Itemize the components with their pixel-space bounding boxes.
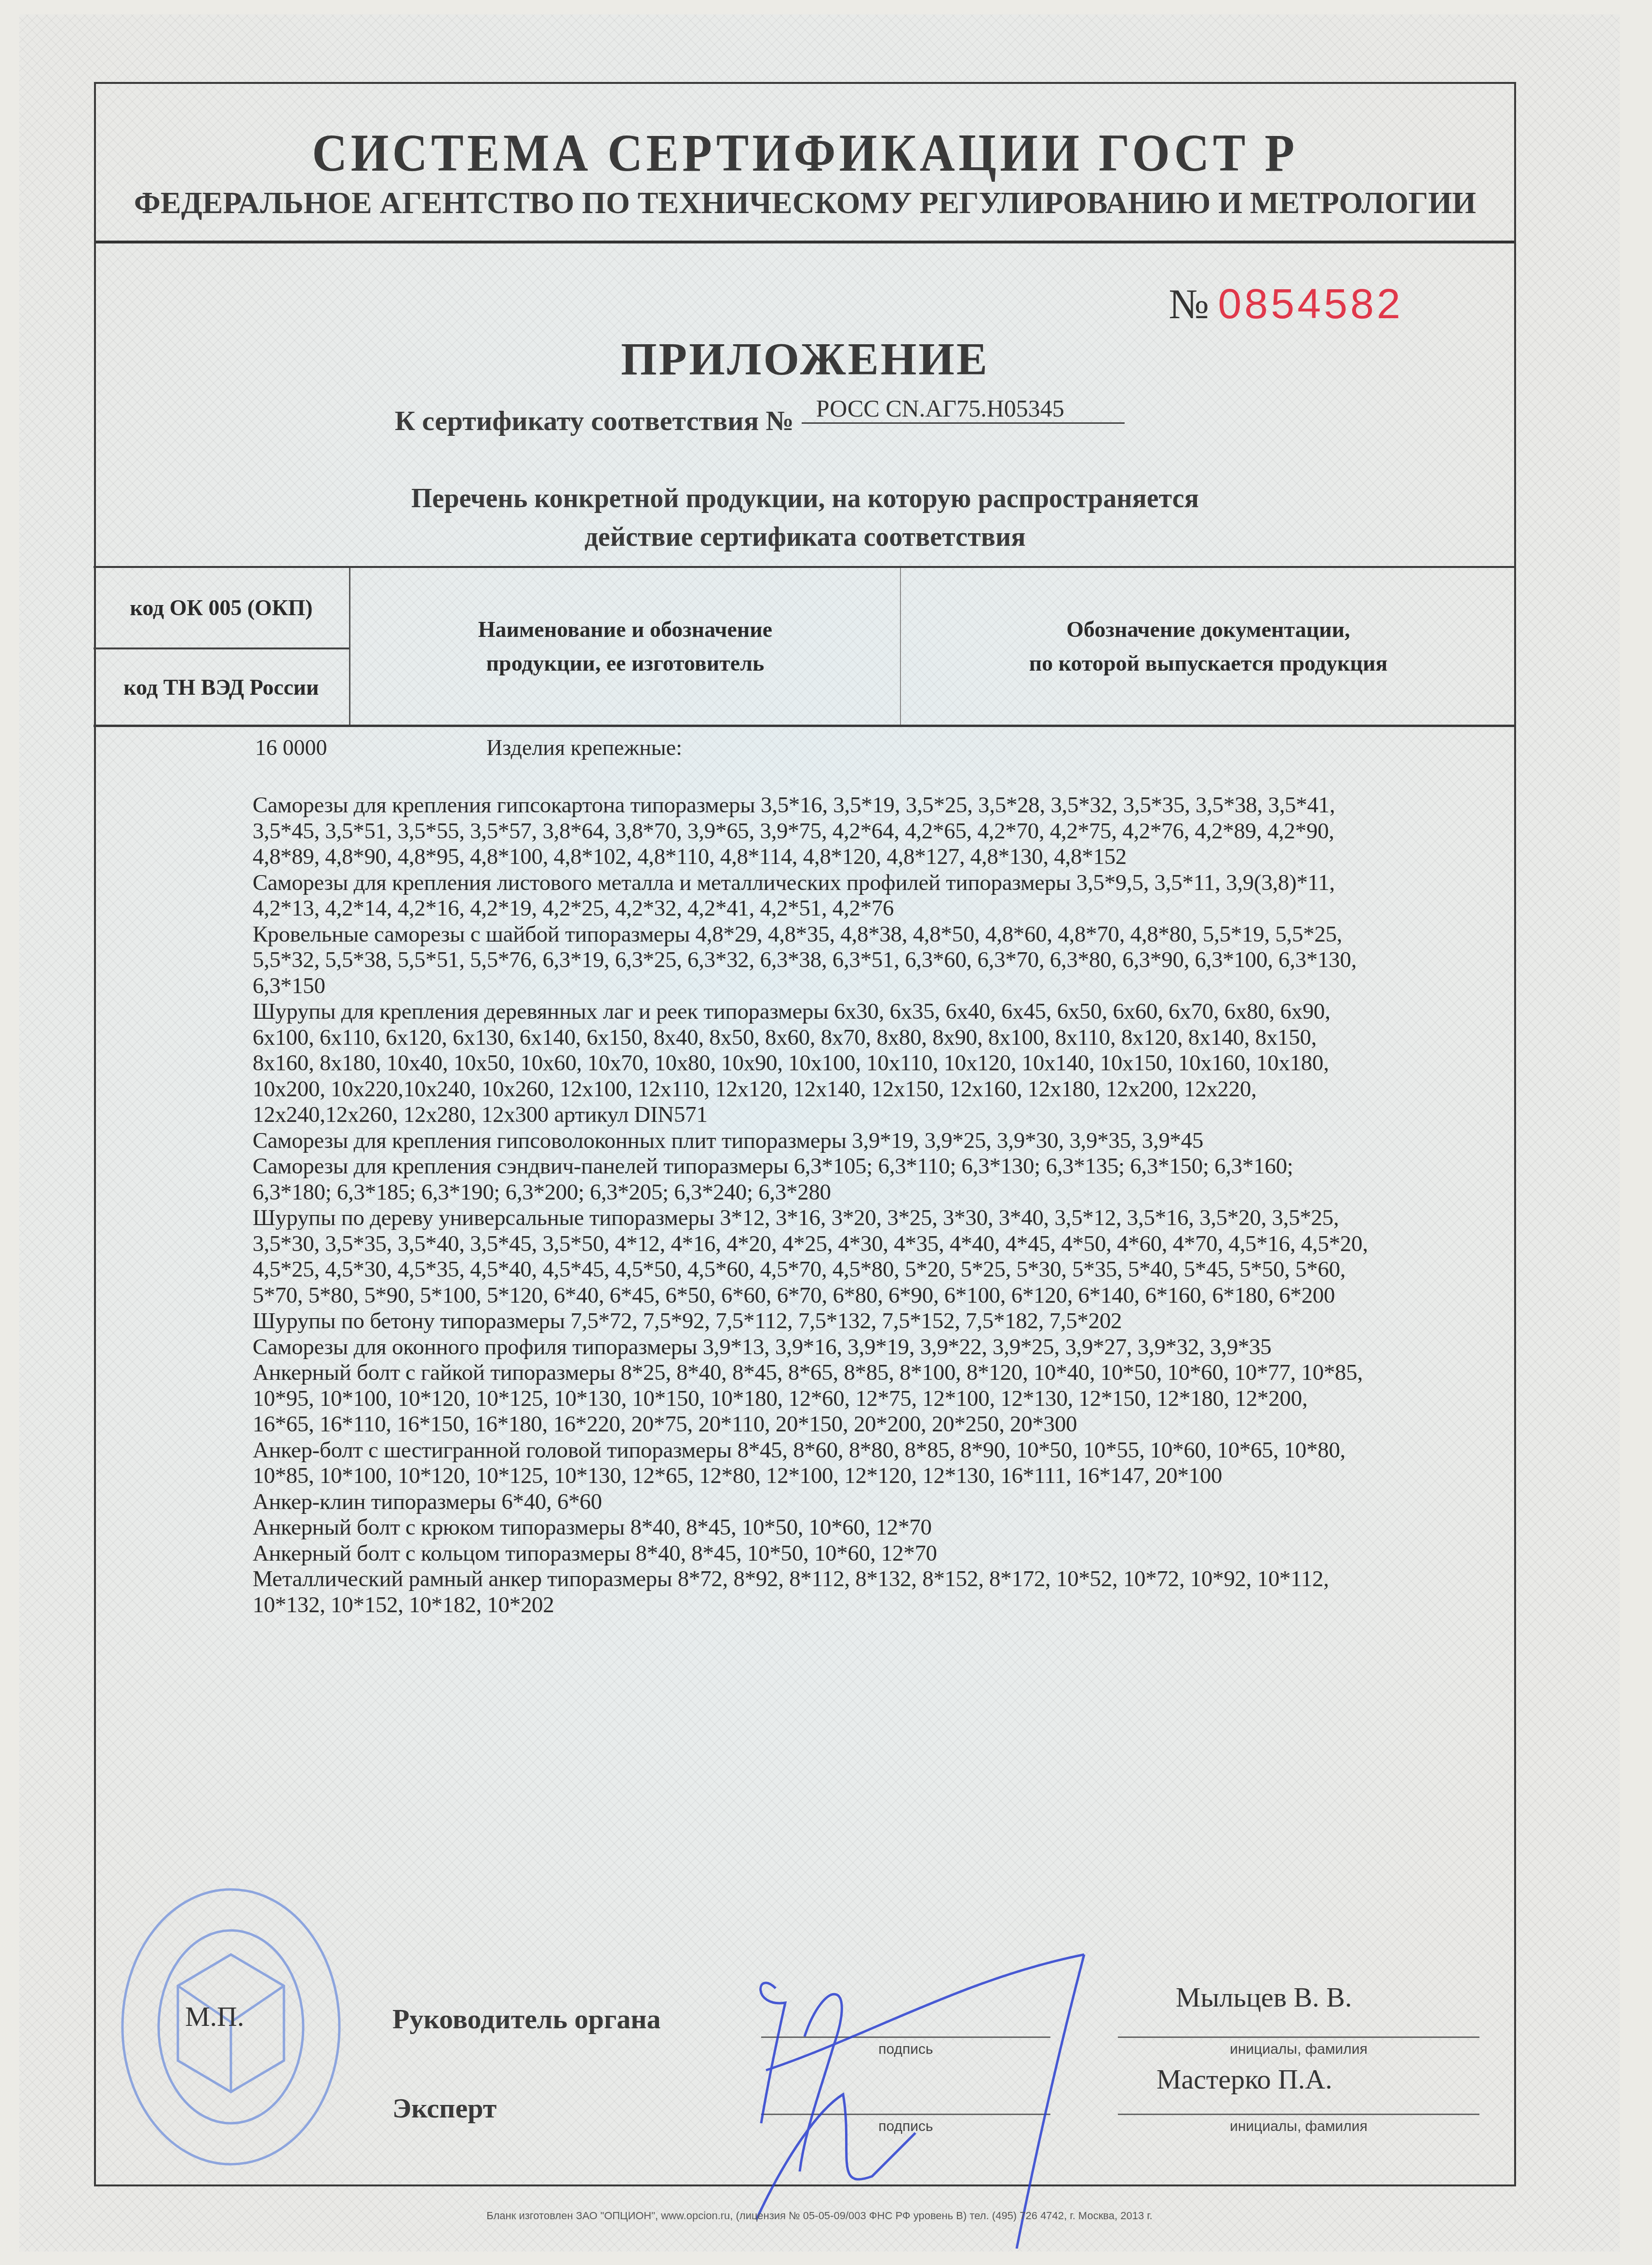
head-role-label: Руководитель органа [392, 2003, 661, 2035]
number-sign: № [1168, 281, 1209, 328]
product-group: Изделия крепежные: [486, 735, 682, 760]
product-item: Шурупы по дереву универсальные типоразме… [253, 1205, 1371, 1308]
product-item: Анкерный болт с гайкой типоразмеры 8*25,… [253, 1360, 1371, 1438]
documentation-header-line-1: Обозначение документации, [1029, 613, 1388, 647]
documentation-header-line-2: по которой выпускается продукция [1029, 647, 1388, 680]
system-title: СИСТЕМА СЕРТИФИКАЦИИ ГОСТ Р [153, 122, 1458, 184]
list-title-line-2: действие сертификата соответствия [96, 518, 1514, 556]
product-item: Шурупы для крепления деревянных лаг и ре… [253, 999, 1371, 1128]
product-item: Шурупы по бетону типоразмеры 7,5*72, 7,5… [253, 1308, 1371, 1335]
handwritten-signature-icon [747, 1950, 1181, 2249]
tnved-code-header: код ТН ВЭД России [94, 650, 349, 725]
product-item: Саморезы для крепления сэндвич-панелей т… [253, 1154, 1371, 1205]
list-title-line-1: Перечень конкретной продукции, на котору… [96, 479, 1514, 518]
expert-role-label: Эксперт [392, 2092, 497, 2124]
certificate-number: РОСС CN.АГ75.Н05345 [802, 394, 1125, 424]
expert-name: Мастерко П.А. [1156, 2063, 1332, 2095]
stamp-placeholder-label: М.П. [185, 2000, 244, 2033]
form-printer-footer: Бланк изготовлен ЗАО "ОПЦИОН", www.opcio… [19, 2210, 1620, 2222]
agency-name: ФЕДЕРАЛЬНОЕ АГЕНТСТВО ПО ТЕХНИЧЕСКОМУ РЕ… [96, 185, 1514, 221]
appendix-title: ПРИЛОЖЕНИЕ [96, 332, 1514, 386]
serial-value: 0854582 [1218, 280, 1403, 327]
product-item: Анкерный болт с крюком типоразмеры 8*40,… [253, 1515, 1371, 1541]
product-item: Анкер-клин типоразмеры 6*40, 6*60 [253, 1489, 1371, 1515]
product-name-header-line-1: Наименование и обозначение [478, 613, 773, 647]
head-name: Мыльцев В. В. [1176, 1981, 1352, 2013]
product-item: Анкерный болт с кольцом типоразмеры 8*40… [253, 1541, 1371, 1567]
certificate-label: К сертификату соответствия № [395, 405, 794, 436]
header-divider [96, 241, 1514, 243]
code-column-header: код ОК 005 (ОКП) код ТН ВЭД России [94, 568, 350, 725]
product-item: Металлический рамный анкер типоразмеры 8… [253, 1566, 1371, 1618]
product-name-header-line-2: продукции, ее изготовитель [478, 647, 773, 680]
document-frame: СИСТЕМА СЕРТИФИКАЦИИ ГОСТ Р ФЕДЕРАЛЬНОЕ … [94, 82, 1516, 2186]
certificate-sheet: СИСТЕМА СЕРТИФИКАЦИИ ГОСТ Р ФЕДЕРАЛЬНОЕ … [19, 14, 1620, 2252]
product-item: Саморезы для оконного профиля типоразмер… [253, 1335, 1371, 1361]
product-item: Анкер-болт с шестигранной головой типора… [253, 1438, 1371, 1489]
product-list: Саморезы для крепления гипсокартона типо… [253, 793, 1371, 1618]
product-item: Саморезы для крепления гипсокартона типо… [253, 793, 1371, 870]
okp-code: 16 0000 [255, 735, 327, 760]
product-item: Саморезы для крепления гипсоволоконных п… [253, 1128, 1371, 1154]
product-item: Кровельные саморезы с шайбой типоразмеры… [253, 922, 1371, 999]
documentation-header: Обозначение документации,по которой выпу… [901, 568, 1516, 725]
serial-number: №0854582 [1168, 279, 1403, 329]
table-header: код ОК 005 (ОКП) код ТН ВЭД России Наиме… [94, 566, 1516, 727]
okp-code-header: код ОК 005 (ОКП) [94, 568, 349, 649]
product-item: Саморезы для крепления листового металла… [253, 870, 1371, 922]
certificate-reference: К сертификату соответствия №РОСС CN.АГ75… [395, 404, 1125, 437]
product-name-header: Наименование и обозначениепродукции, ее … [350, 568, 901, 725]
list-title: Перечень конкретной продукции, на котору… [96, 479, 1514, 556]
